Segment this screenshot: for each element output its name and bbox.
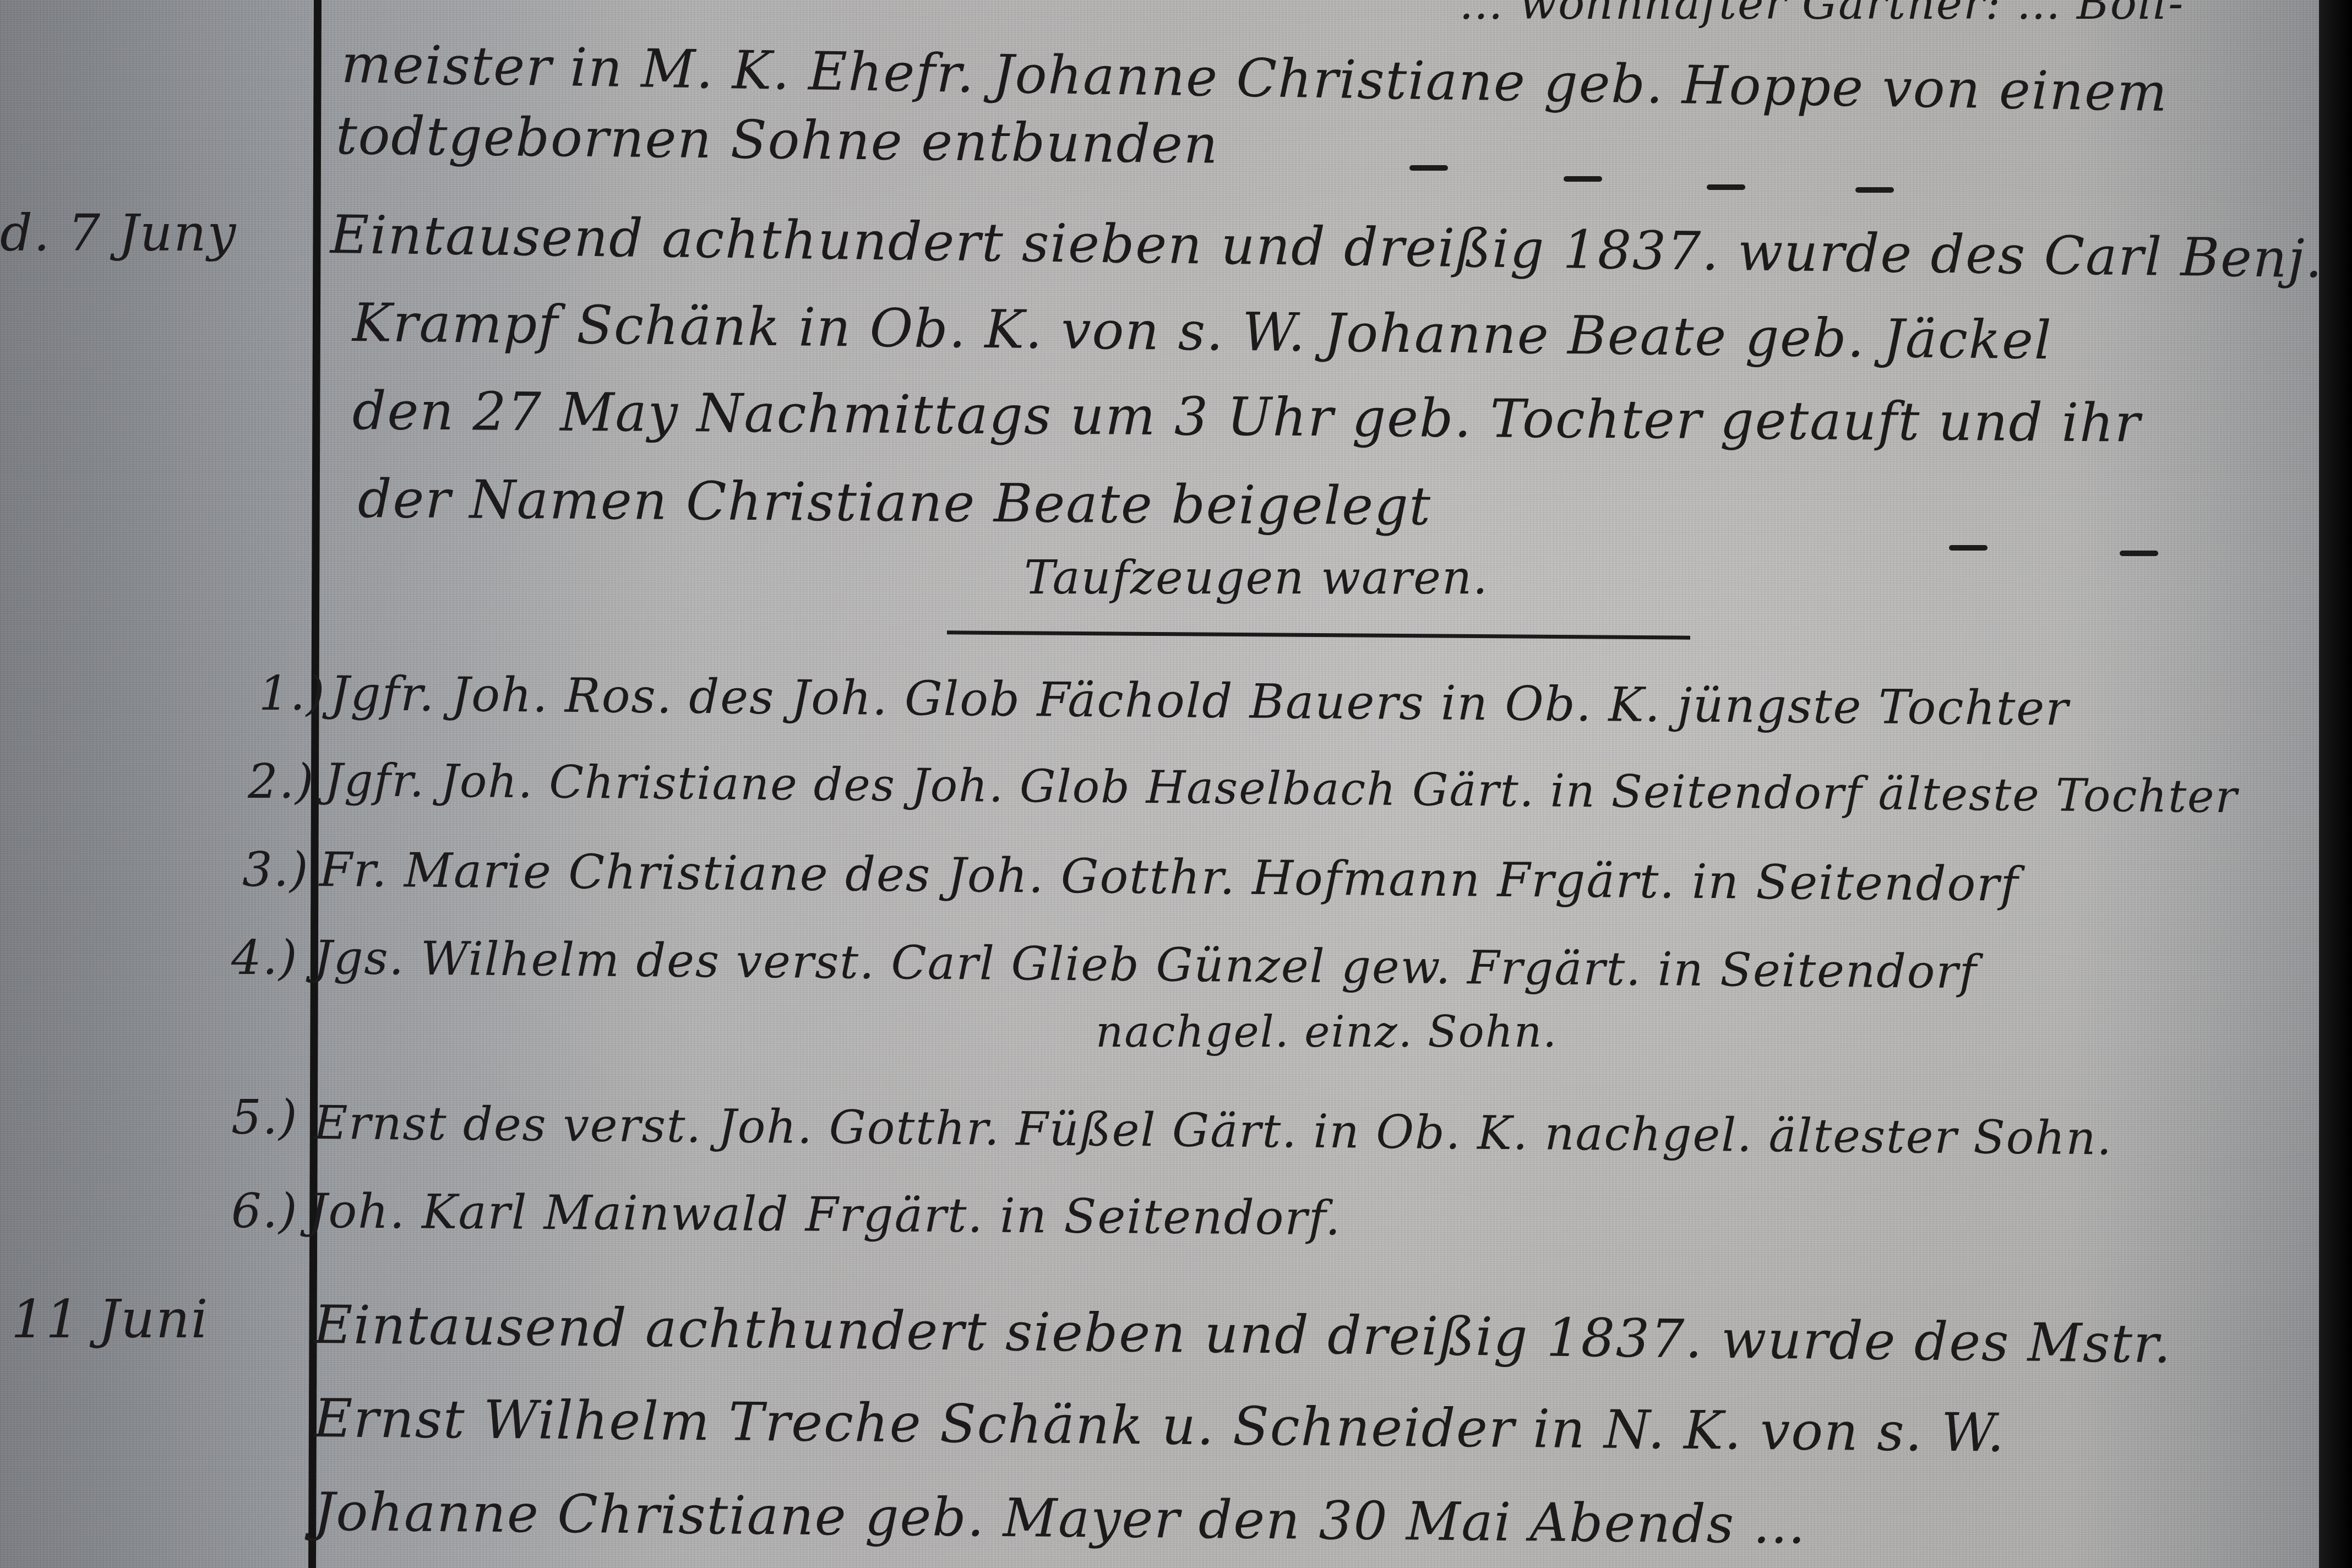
line-filler-dash bbox=[2120, 551, 2158, 556]
godparent-number: 4.) bbox=[231, 930, 298, 986]
line-filler-dash bbox=[1409, 165, 1448, 171]
entry-1-margin-date: d. 7 Juny bbox=[0, 204, 237, 263]
godparent-number: 1.) bbox=[259, 666, 326, 721]
line-filler-dash bbox=[1949, 545, 1988, 551]
entry-2-margin-date: 11 Juni bbox=[11, 1288, 209, 1350]
entry-1-line-2: den 27 May Nachmittags um 3 Uhr geb. Toc… bbox=[352, 380, 2142, 454]
line-filler-dash bbox=[1855, 187, 1894, 193]
page-edge-shadow bbox=[2319, 0, 2352, 1568]
prev-entry-line-0: … wohnhafter Gärtner: … Boll- bbox=[1459, 0, 2184, 29]
godparent-number: 6.) bbox=[231, 1184, 298, 1239]
godparent-entry-continuation: nachgel. einz. Sohn. bbox=[1096, 1008, 1558, 1057]
entry-1-line-3: der Namen Christiane Beate beigelegt bbox=[358, 468, 1432, 537]
godparent-number: 3.) bbox=[242, 842, 309, 897]
scanned-register-page: … wohnhafter Gärtner: … Boll- meister in… bbox=[0, 0, 2352, 1568]
prev-entry-line-2: todtgebornen Sohne entbunden bbox=[335, 105, 1219, 176]
line-filler-dash bbox=[1564, 176, 1602, 182]
godparent-number: 2.) bbox=[248, 754, 315, 809]
entry-2-line-2: Johanne Christiane geb. Mayer den 30 Mai… bbox=[314, 1481, 1807, 1556]
godparents-heading: Taufzeugen waren. bbox=[1024, 551, 1489, 605]
godparent-entry: Joh. Karl Mainwald Frgärt. in Seitendorf… bbox=[308, 1184, 1342, 1246]
line-filler-dash bbox=[1707, 184, 1745, 190]
godparent-number: 5.) bbox=[231, 1090, 298, 1145]
